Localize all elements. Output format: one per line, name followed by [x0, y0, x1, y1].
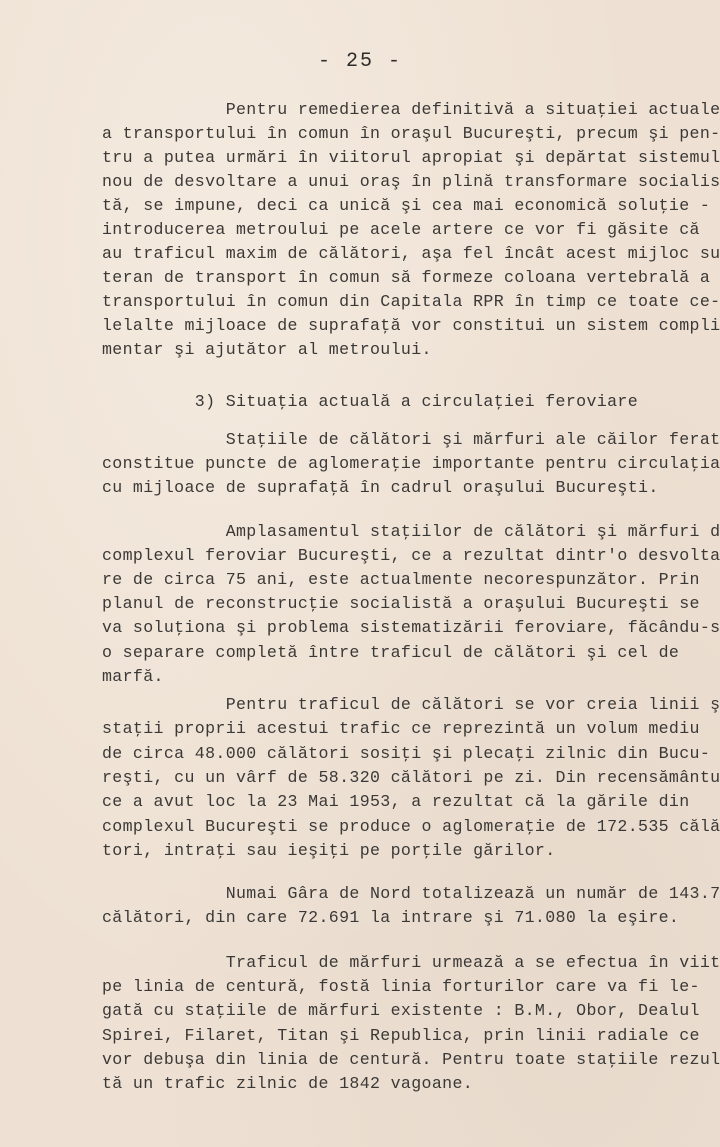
text-line: Numai Gâra de Nord totalizează un număr …: [102, 884, 720, 904]
text-line: teran de transport în comun să formeze c…: [102, 268, 710, 288]
text-line: tă un trafic zilnic de 1842 vagoane.: [102, 1074, 473, 1094]
text-line: mentar şi ajutător al metroului.: [102, 340, 432, 360]
text-line: cu mijloace de suprafaţă în cadrul oraşu…: [102, 478, 659, 498]
text-line: introducerea metroului pe acele artere c…: [102, 220, 700, 240]
text-line: tă, se impune, deci ca unică şi cea mai …: [102, 196, 710, 216]
text-line: Spirei, Filaret, Titan şi Republica, pri…: [102, 1026, 700, 1046]
text-line: transportului în comun din Capitala RPR …: [102, 292, 720, 312]
text-line: complexul feroviar Bucureşti, ce a rezul…: [102, 546, 720, 566]
text-line: Amplasamentul staţiilor de călători şi m…: [102, 522, 720, 542]
text-line: a transportului în comun în oraşul Bucur…: [102, 124, 720, 144]
text-line: lelalte mijloace de suprafaţă vor consti…: [102, 316, 720, 336]
text-line: Staţiile de călători şi mărfuri ale căil…: [102, 430, 720, 450]
text-line: o separare completă între traficul de că…: [102, 643, 679, 663]
text-line: Pentru traficul de călători se vor creia…: [102, 695, 720, 715]
text-line: ce a avut loc la 23 Mai 1953, a rezultat…: [102, 792, 690, 812]
text-line: au traficul maxim de călători, aşa fel î…: [102, 244, 720, 264]
text-line: de circa 48.000 călători sosiţi şi pleca…: [102, 744, 710, 764]
text-line: pe linia de centură, fostă linia forturi…: [102, 977, 700, 997]
text-line: tori, intraţi sau ieşiţi pe porţile gări…: [102, 841, 556, 861]
text-line: vor debuşa din linia de centură. Pentru …: [102, 1050, 720, 1070]
text-line: gată cu staţiile de mărfuri existente : …: [102, 1001, 700, 1021]
text-line: marfă.: [102, 667, 164, 687]
text-line: Pentru remedierea definitivă a situaţiei…: [102, 100, 720, 120]
text-line: 3) Situaţia actuală a circulaţiei ferovi…: [102, 392, 638, 412]
text-line: tru a putea urmări în viitorul apropiat …: [102, 148, 720, 168]
text-line: planul de reconstrucţie socialistă a ora…: [102, 594, 700, 614]
text-line: re de circa 75 ani, este actualmente nec…: [102, 570, 700, 590]
typewritten-page: - 25 - Pentru remedierea definitivă a si…: [0, 0, 720, 1147]
text-line: reşti, cu un vârf de 58.320 călători pe …: [102, 768, 720, 788]
page-number: - 25 -: [0, 50, 720, 73]
text-line: Traficul de mărfuri urmează a se efectua…: [102, 953, 720, 973]
text-line: constitue puncte de aglomeraţie importan…: [102, 454, 720, 474]
text-line: va soluţiona şi problema sistematizării …: [102, 618, 720, 638]
text-line: staţii proprii acestui trafic ce reprezi…: [102, 719, 700, 739]
text-line: complexul Bucureşti se produce o aglomer…: [102, 817, 720, 837]
text-line: nou de desvoltare a unui oraş în plină t…: [102, 172, 720, 192]
text-line: călători, din care 72.691 la intrare şi …: [102, 908, 679, 928]
